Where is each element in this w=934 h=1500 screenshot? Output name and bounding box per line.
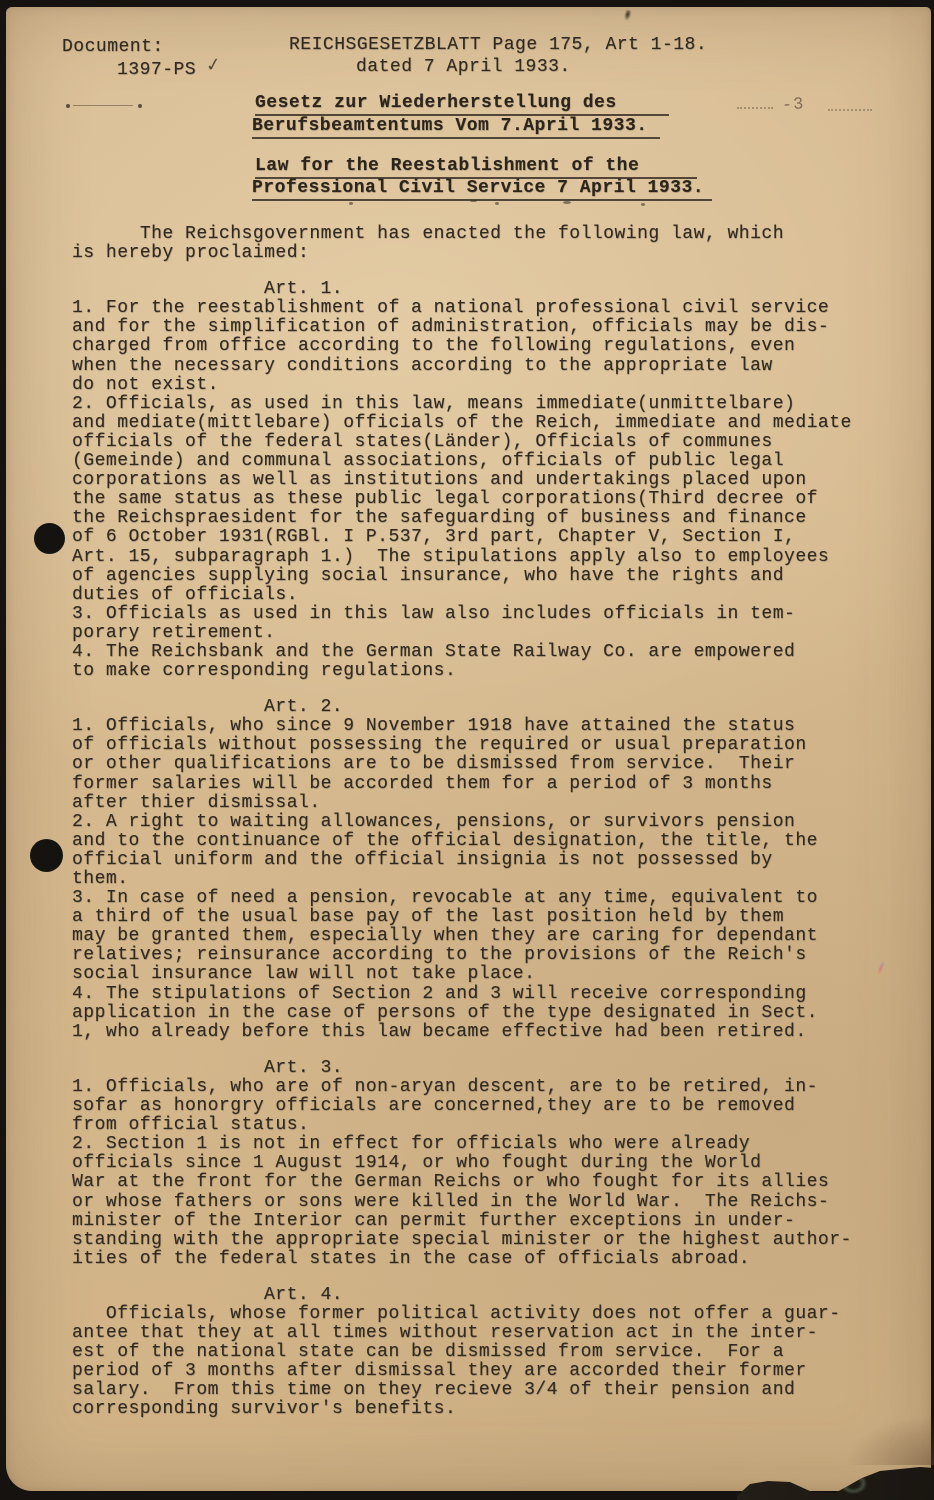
pencil-dots	[737, 107, 773, 109]
german-title-line2: Berufsbeamtentums Vom 7.April 1933.	[252, 117, 660, 139]
tear-shadow	[845, 1415, 934, 1465]
pencil-margin-note: -3	[781, 95, 805, 116]
article-3: Art. 3. 1. Officials, who are of non-ary…	[72, 1059, 892, 1269]
paper-sheet: Document: 1397-PS ✓ REICHSGESETZBLATT Pa…	[6, 7, 931, 1491]
article-4: Art. 4. Officials, whose former politica…	[72, 1286, 892, 1420]
article-2-text: 1. Officials, who since 9 November 1918 …	[72, 717, 892, 1042]
article-4-heading: Art. 4.	[264, 1286, 892, 1305]
article-3-text: 1. Officials, who are of non-aryan desce…	[72, 1078, 892, 1269]
check-mark: ✓	[205, 51, 221, 79]
article-4-text: Officials, whose former political activi…	[72, 1305, 892, 1420]
document-number: 1397-PS	[117, 61, 196, 80]
pencil-dots	[828, 109, 872, 111]
ink-speck	[495, 202, 499, 205]
intro-paragraph: The Reichsgovernment has enacted the fol…	[72, 225, 892, 263]
scanned-document-page: Document: 1397-PS ✓ REICHSGESETZBLATT Pa…	[0, 0, 934, 1500]
hole-punch	[34, 523, 65, 554]
pencil-dot	[66, 104, 70, 108]
ink-speck	[470, 200, 477, 202]
article-1: Art. 1. 1. For the reestablishment of a …	[72, 280, 892, 681]
article-2-heading: Art. 2.	[264, 698, 892, 717]
source-reference-line: REICHSGESETZBLATT Page 175, Art 1-18.	[289, 36, 707, 55]
pencil-line	[73, 105, 133, 106]
english-title-line1: Law for the Reestablishment of the	[255, 157, 697, 179]
article-1-text: 1. For the reestablishment of a national…	[72, 299, 892, 681]
pencil-dot	[138, 104, 142, 108]
document-label: Document:	[62, 38, 164, 57]
article-3-heading: Art. 3.	[264, 1059, 892, 1078]
article-1-heading: Art. 1.	[264, 280, 892, 299]
english-title-line2: Professional Civil Service 7 April 1933.	[252, 179, 712, 201]
ink-speck	[563, 201, 571, 204]
ink-speck	[623, 9, 632, 21]
dot-dash-pencil-mark	[66, 103, 142, 109]
article-2: Art. 2. 1. Officials, who since 9 Novemb…	[72, 698, 892, 1042]
hole-punch	[30, 839, 63, 872]
ink-speck	[641, 203, 645, 206]
document-body: The Reichsgovernment has enacted the fol…	[72, 225, 892, 1420]
date-line: dated 7 April 1933.	[356, 58, 571, 77]
ink-speck	[349, 202, 353, 205]
german-title-line1: Gesetz zur Wiederherstellung des	[255, 94, 669, 116]
